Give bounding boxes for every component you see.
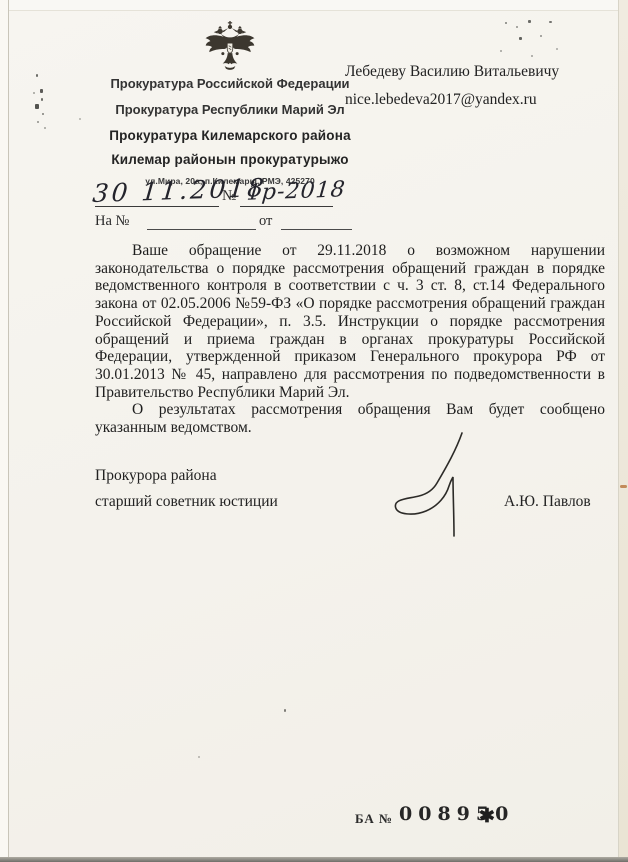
letterhead-line-district: Прокуратура Килемарского района [60,128,400,143]
incoming-number-blank [147,229,256,230]
form-number-stamp: 008950 [399,803,514,825]
form-star-mark: ✱ [479,805,495,828]
from-date-label: от [259,213,272,230]
body-paragraph-2: О результатах рассмотрения обращения Вам… [95,401,605,436]
letter-body: Ваше обращение от 29.11.2018 о возможном… [95,242,605,437]
number-sign-label: № [222,188,236,205]
scanned-letter-page: Прокуратура Российской Федерации Прокура… [0,0,628,862]
recipient-email: nice.lebedeva2017@yandex.ru [345,91,559,109]
from-date-blank [281,229,352,230]
signer-position-line2: старший советник юстиции [95,493,278,511]
letterhead-line-district-mari: Килемар районын прокуратурыжо [60,152,400,167]
signer-position-line1: Прокурора района [95,467,217,485]
date-underline [95,206,219,207]
scan-edge-stain [620,485,627,488]
recipient-name: Лебедеву Василию Витальевичу [345,63,559,81]
scan-edge-left [0,0,9,862]
number-underline [240,206,333,207]
scan-edge-right [618,0,628,862]
incoming-number-label: На № [95,213,129,230]
form-series-label: БА № [355,811,393,827]
body-paragraph-1: Ваше обращение от 29.11.2018 о возможном… [95,242,605,401]
signer-name: А.Ю. Павлов [504,493,591,511]
scan-edge-bottom [0,857,628,862]
handwritten-date: 30 11.2018 [91,173,267,208]
handwritten-signature [383,428,483,540]
coat-of-arms-eagle-emblem [203,21,257,71]
recipient-block: Лебедеву Василию Витальевичу nice.lebede… [345,63,559,109]
handwritten-outgoing-number: 1р-2018 [246,177,347,205]
scan-edge-top [8,0,619,11]
